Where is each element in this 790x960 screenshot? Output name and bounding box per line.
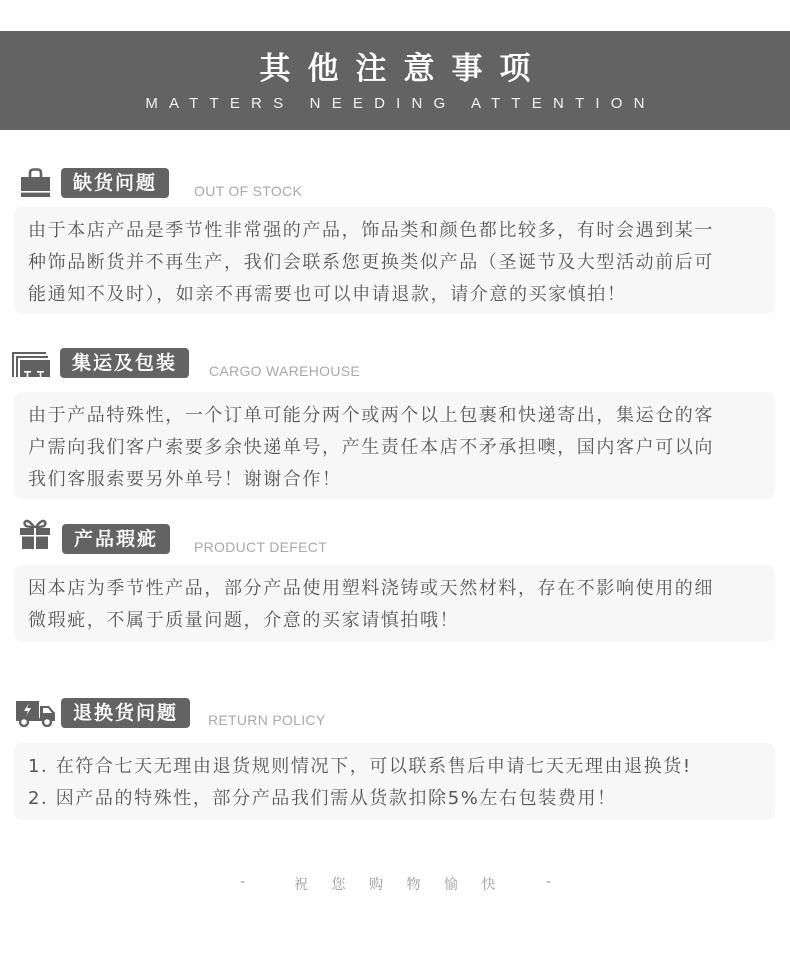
card-text-line: 因本店为季节性产品，部分产品使用塑料浇铸或天然材料，存在不影响使用的细 — [28, 573, 775, 605]
page-subtitle: MATTERS NEEDING ATTENTION — [0, 95, 790, 113]
header-banner: 其他注意事项 MATTERS NEEDING ATTENTION — [0, 31, 790, 130]
cargo-warehouse-card: 由于产品特殊性，一个订单可能分两个或两个以上包裹和快递寄出，集运仓的客 户需向我… — [14, 392, 775, 499]
delivery-truck-icon — [16, 699, 56, 731]
section-header-out-of-stock: 缺货问题 OUT OF STOCK — [0, 168, 790, 200]
footer-greeting: - 祝您购物愉快 - — [0, 874, 790, 896]
section-title-tag: 集运及包装 — [60, 348, 189, 378]
footer-message: 祝您购物愉快 — [294, 874, 519, 894]
section-title-tag: 退换货问题 — [61, 698, 190, 728]
card-text-line: 2. 因产品的特殊性，部分产品我们需从货款扣除5%左右包装费用！ — [28, 783, 775, 815]
section-english-label: OUT OF STOCK — [194, 183, 302, 199]
section-header-return-policy: 退换货问题 RETURN POLICY — [0, 698, 790, 730]
card-text-line: 户需向我们客户索要多余快递单号，产生责任本店不矛承担噢，国内客户可以向 — [28, 432, 775, 464]
card-text-line: 我们客服索要另外单号！谢谢合作！ — [28, 464, 775, 496]
card-text-line: 由于本店产品是季节性非常强的产品，饰品类和颜色都比较多，有时会遇到某一 — [28, 215, 775, 247]
out-of-stock-card: 由于本店产品是季节性非常强的产品，饰品类和颜色都比较多，有时会遇到某一 种饰品断… — [14, 207, 775, 314]
product-defect-card: 因本店为季节性产品，部分产品使用塑料浇铸或天然材料，存在不影响使用的细 微瑕疵，… — [14, 565, 775, 642]
section-english-label: CARGO WAREHOUSE — [209, 363, 360, 379]
return-policy-card: 1. 在符合七天无理由退货规则情况下，可以联系售后申请七天无理由退换货! 2. … — [14, 743, 775, 820]
gift-icon — [19, 518, 51, 554]
card-text-line: 种饰品断货并不再生产，我们会联系您更换类似产品（圣诞节及大型活动前后可 — [28, 247, 775, 279]
section-english-label: RETURN POLICY — [208, 712, 325, 728]
footer-dash-left: - — [240, 874, 245, 890]
warehouse-icon — [11, 350, 51, 382]
shopping-bag-icon — [20, 168, 51, 202]
card-text-line: 微瑕疵，不属于质量问题，介意的买家请慎拍哦！ — [28, 605, 775, 637]
section-title-tag: 产品瑕疵 — [62, 524, 170, 554]
card-text-line: 由于产品特殊性，一个订单可能分两个或两个以上包裹和快递寄出，集运仓的客 — [28, 400, 775, 432]
card-text-line: 能通知不及时），如亲不再需要也可以申请退款，请介意的买家慎拍！ — [28, 279, 775, 311]
section-english-label: PRODUCT DEFECT — [194, 539, 327, 555]
card-text-line: 1. 在符合七天无理由退货规则情况下，可以联系售后申请七天无理由退换货! — [28, 751, 775, 783]
footer-dash-right: - — [546, 874, 551, 890]
page-title: 其他注意事项 — [0, 49, 790, 89]
section-header-cargo-warehouse: 集运及包装 CARGO WAREHOUSE — [0, 348, 790, 380]
section-header-product-defect: 产品瑕疵 PRODUCT DEFECT — [0, 518, 790, 550]
section-title-tag: 缺货问题 — [61, 168, 169, 198]
